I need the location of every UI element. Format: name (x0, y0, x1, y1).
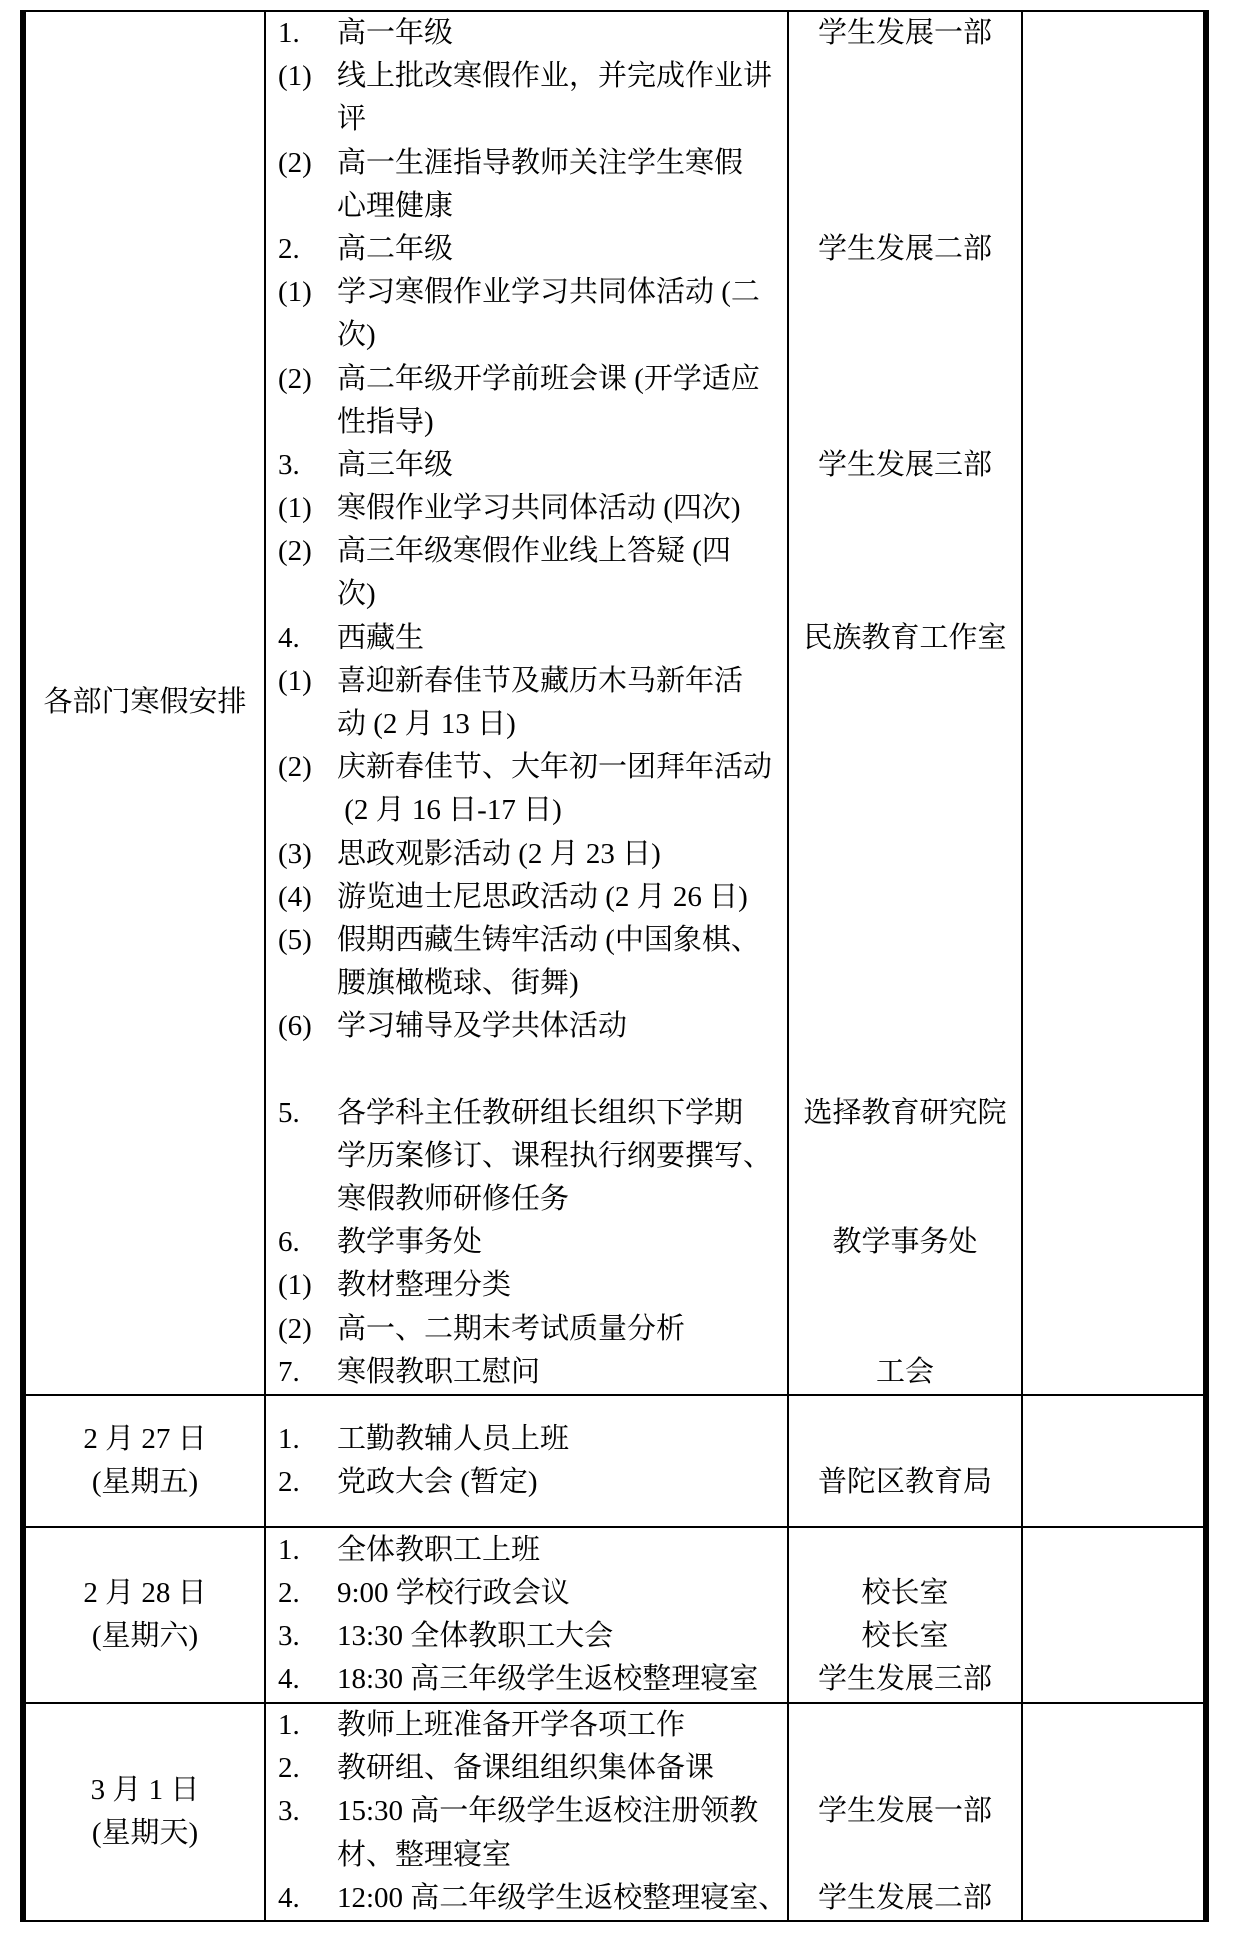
department-line: 选择教育研究院 (803, 1092, 1006, 1135)
department-line (901, 55, 908, 98)
item-text: 高二年级开学前班会课 (开学适应 (337, 358, 760, 401)
item-number: (2) (278, 1308, 337, 1351)
item-text: 材、整理寝室 (337, 1834, 511, 1877)
content-line: 1.高一年级 (278, 12, 787, 55)
item-text: 各学科主任教研组长组织下学期 (337, 1092, 743, 1135)
department-line: 工会 (876, 1351, 934, 1394)
content-line: 心理健康 (278, 185, 787, 228)
department-line (901, 962, 908, 1005)
item-number (278, 1178, 337, 1221)
item-text: 18:30 高三年级学生返校整理寝室 (337, 1658, 758, 1701)
item-text: 高二年级 (337, 228, 453, 271)
department-line (901, 1005, 908, 1048)
item-number: 1. (278, 1418, 337, 1461)
department-line (901, 876, 908, 919)
department-line (901, 1704, 908, 1747)
department-line (901, 185, 908, 228)
date-cell: 2 月 27 日(星期五) (26, 1396, 266, 1526)
content-line: (2)高一、二期末考试质量分析 (278, 1308, 787, 1351)
content-line: 3.15:30 高一年级学生返校注册领教 (278, 1790, 787, 1833)
item-number (278, 573, 337, 616)
item-text: 教师上班准备开学各项工作 (337, 1704, 685, 1747)
remarks-cell (1023, 12, 1203, 1394)
department-line (901, 833, 908, 876)
department-line: 学生发展一部 (818, 12, 992, 55)
item-text: (2 月 16 日-17 日) (337, 789, 562, 832)
date-cell: 各部门寒假安排 (26, 12, 266, 1394)
item-text: 高三年级 (337, 444, 453, 487)
department-line (901, 660, 908, 703)
content-line: (2)高三年级寒假作业线上答疑 (四 (278, 530, 787, 573)
item-text: 西藏生 (337, 617, 424, 660)
content-line: (1)线上批改寒假作业，并完成作业讲 (278, 55, 787, 98)
remarks-cell (1023, 1704, 1203, 1920)
content-line: 4.12:00 高二年级学生返校整理寝室、 (278, 1877, 787, 1920)
department-line (901, 142, 908, 185)
item-number (278, 314, 337, 357)
department-line (901, 1049, 908, 1092)
item-number: (1) (278, 660, 337, 703)
schedule-table: 各部门寒假安排1.高一年级(1)线上批改寒假作业，并完成作业讲评(2)高一生涯指… (20, 10, 1209, 1922)
item-number: 6. (278, 1221, 337, 1264)
department-line (901, 271, 908, 314)
item-text: 高一、二期末考试质量分析 (337, 1308, 685, 1351)
table-row-winter-vacation-arrangements: 各部门寒假安排1.高一年级(1)线上批改寒假作业，并完成作业讲评(2)高一生涯指… (26, 12, 1203, 1396)
item-number: 1. (278, 1704, 337, 1747)
item-number: 2. (278, 228, 337, 271)
content-line: 腰旗橄榄球、街舞) (278, 962, 787, 1005)
item-number: 2. (278, 1572, 337, 1615)
item-number: (2) (278, 142, 337, 185)
item-number: 4. (278, 617, 337, 660)
content-line: 性指导) (278, 401, 787, 444)
content-line: 1.教师上班准备开学各项工作 (278, 1704, 787, 1747)
content-line: 2.党政大会 (暂定) (278, 1461, 787, 1504)
date-cell: 3 月 1 日(星期天) (26, 1704, 266, 1920)
department-line (901, 358, 908, 401)
item-text: 教材整理分类 (337, 1264, 511, 1307)
content-line: 材、整理寝室 (278, 1834, 787, 1877)
item-number: 4. (278, 1877, 337, 1920)
department-line (901, 1418, 908, 1461)
department-line (901, 1178, 908, 1221)
item-text: 党政大会 (暂定) (337, 1461, 538, 1504)
department-line (901, 1135, 908, 1178)
content-line: 7.寒假教职工慰问 (278, 1351, 787, 1394)
department-line: 校长室 (861, 1615, 948, 1658)
date-text: 2 月 27 日 (83, 1418, 206, 1461)
department-line (901, 530, 908, 573)
item-text: 喜迎新春佳节及藏历木马新年活 (337, 660, 743, 703)
item-number (278, 703, 337, 746)
table-row-feb-28-saturday: 2 月 28 日(星期六)1.全体教职工上班2.9:00 学校行政会议3.13:… (26, 1528, 1203, 1704)
department-line: 学生发展三部 (818, 444, 992, 487)
department-line (901, 703, 908, 746)
content-line: 5.各学科主任教研组长组织下学期 (278, 1092, 787, 1135)
content-line: 2.教研组、备课组组织集体备课 (278, 1747, 787, 1790)
item-text: 教研组、备课组组织集体备课 (337, 1747, 714, 1790)
department-line: 校长室 (861, 1572, 948, 1615)
department-line (901, 314, 908, 357)
content-line: 1.全体教职工上班 (278, 1529, 787, 1572)
item-number (278, 962, 337, 1005)
item-text: 全体教职工上班 (337, 1529, 540, 1572)
content-line: (6)学习辅导及学共体活动 (278, 1005, 787, 1048)
item-number: (2) (278, 746, 337, 789)
document-page: 各部门寒假安排1.高一年级(1)线上批改寒假作业，并完成作业讲评(2)高一生涯指… (0, 0, 1245, 1933)
item-text: 9:00 学校行政会议 (337, 1572, 570, 1615)
department-line: 学生发展二部 (818, 228, 992, 271)
item-number: 2. (278, 1461, 337, 1504)
item-number: (2) (278, 530, 337, 573)
date-text: (星期六) (92, 1615, 198, 1658)
content-line: 4.西藏生 (278, 617, 787, 660)
content-line: 次) (278, 314, 787, 357)
content-line: (2 月 16 日-17 日) (278, 789, 787, 832)
department-line (901, 401, 908, 444)
department-line: 学生发展三部 (818, 1658, 992, 1701)
content-cell: 1.工勤教辅人员上班2.党政大会 (暂定) (266, 1396, 789, 1526)
item-text: 学历案修订、课程执行纲要撰写、 (337, 1135, 772, 1178)
department-line (901, 1747, 908, 1790)
item-number: (5) (278, 919, 337, 962)
content-line: 3.13:30 全体教职工大会 (278, 1615, 787, 1658)
department-line (901, 746, 908, 789)
department-line (901, 1264, 908, 1307)
content-line: (1)学习寒假作业学习共同体活动 (二 (278, 271, 787, 314)
item-number (278, 98, 337, 141)
item-text: 教学事务处 (337, 1221, 482, 1264)
item-text: 腰旗橄榄球、街舞) (337, 962, 579, 1005)
content-line: 3.高三年级 (278, 444, 787, 487)
item-number: (1) (278, 1264, 337, 1307)
item-text: 性指导) (337, 401, 434, 444)
item-text: 假期西藏生铸牢活动 (中国象棋、 (337, 919, 760, 962)
department-line: 学生发展二部 (818, 1877, 992, 1920)
item-number: 1. (278, 1529, 337, 1572)
content-line: 动 (2 月 13 日) (278, 703, 787, 746)
item-text: 心理健康 (337, 185, 453, 228)
department-line (901, 919, 908, 962)
content-line: (2)高二年级开学前班会课 (开学适应 (278, 358, 787, 401)
item-number (278, 1834, 337, 1877)
content-line: 评 (278, 98, 787, 141)
item-text: 12:00 高二年级学生返校整理寝室、 (337, 1877, 787, 1920)
content-line: 次) (278, 573, 787, 616)
content-line: (2)高一生涯指导教师关注学生寒假 (278, 142, 787, 185)
item-number: 3. (278, 444, 337, 487)
item-number: (1) (278, 55, 337, 98)
item-number (278, 185, 337, 228)
department-line (901, 789, 908, 832)
department-line: 学生发展一部 (818, 1790, 992, 1833)
item-text: 工勤教辅人员上班 (337, 1418, 569, 1461)
item-number: (1) (278, 271, 337, 314)
item-text: 15:30 高一年级学生返校注册领教 (337, 1790, 758, 1833)
item-text: 高一年级 (337, 12, 453, 55)
content-line: (1)喜迎新春佳节及藏历木马新年活 (278, 660, 787, 703)
date-text: 各部门寒假安排 (43, 681, 246, 724)
item-number: 7. (278, 1351, 337, 1394)
content-line: 寒假教师研修任务 (278, 1178, 787, 1221)
content-line: (1)教材整理分类 (278, 1264, 787, 1307)
content-cell: 1.全体教职工上班2.9:00 学校行政会议3.13:30 全体教职工大会4.1… (266, 1528, 789, 1702)
content-line: 4.18:30 高三年级学生返校整理寝室 (278, 1658, 787, 1701)
table-row-feb-27-friday: 2 月 27 日(星期五)1.工勤教辅人员上班2.党政大会 (暂定) 普陀区教育… (26, 1396, 1203, 1528)
content-cell: 1.高一年级(1)线上批改寒假作业，并完成作业讲评(2)高一生涯指导教师关注学生… (266, 12, 789, 1394)
item-number (278, 1049, 337, 1092)
table-row-mar-1-sunday: 3 月 1 日(星期天)1.教师上班准备开学各项工作2.教研组、备课组组织集体备… (26, 1704, 1203, 1920)
item-number: 2. (278, 1747, 337, 1790)
item-number (278, 789, 337, 832)
department-line (901, 1308, 908, 1351)
item-number: (2) (278, 358, 337, 401)
item-text: 评 (337, 98, 366, 141)
content-line (278, 1049, 787, 1092)
item-number: 4. (278, 1658, 337, 1701)
department-line: 普陀区教育局 (818, 1461, 992, 1504)
content-line: (3)思政观影活动 (2 月 23 日) (278, 833, 787, 876)
item-text: 游览迪士尼思政活动 (2 月 26 日) (337, 876, 748, 919)
department-line (901, 98, 908, 141)
item-text: 动 (2 月 13 日) (337, 703, 516, 746)
content-line: (2)庆新春佳节、大年初一团拜年活动 (278, 746, 787, 789)
content-cell: 1.教师上班准备开学各项工作2.教研组、备课组组织集体备课3.15:30 高一年… (266, 1704, 789, 1920)
item-number: 5. (278, 1092, 337, 1135)
item-text: 线上批改寒假作业，并完成作业讲 (337, 55, 772, 98)
department-cell: 学生发展一部 学生发展二部 (789, 1704, 1023, 1920)
content-line: 1.工勤教辅人员上班 (278, 1418, 787, 1461)
date-text: 2 月 28 日 (83, 1572, 206, 1615)
item-text: 高一生涯指导教师关注学生寒假 (337, 142, 743, 185)
content-line: 6.教学事务处 (278, 1221, 787, 1264)
item-text: 寒假作业学习共同体活动 (四次) (337, 487, 741, 530)
department-cell: 学生发展一部 学生发展二部 学生发展三部 民族教育工作室 选择教育研究院 教学事… (789, 12, 1023, 1394)
item-text: 次) (337, 573, 376, 616)
item-text: 庆新春佳节、大年初一团拜年活动 (337, 746, 772, 789)
date-cell: 2 月 28 日(星期六) (26, 1528, 266, 1702)
department-cell: 校长室校长室学生发展三部 (789, 1528, 1023, 1702)
content-line: (5)假期西藏生铸牢活动 (中国象棋、 (278, 919, 787, 962)
item-text: 高三年级寒假作业线上答疑 (四 (337, 530, 731, 573)
item-number: 3. (278, 1790, 337, 1833)
content-line: (1)寒假作业学习共同体活动 (四次) (278, 487, 787, 530)
department-line (901, 1529, 908, 1572)
remarks-cell (1023, 1396, 1203, 1526)
item-text: 学习辅导及学共体活动 (337, 1005, 627, 1048)
department-line: 教学事务处 (832, 1221, 977, 1264)
department-line: 民族教育工作室 (803, 617, 1006, 660)
department-line (901, 487, 908, 530)
item-text: 13:30 全体教职工大会 (337, 1615, 613, 1658)
date-text: (星期天) (92, 1812, 198, 1855)
item-number: 1. (278, 12, 337, 55)
item-text: 次) (337, 314, 376, 357)
date-text: 3 月 1 日 (91, 1769, 200, 1812)
department-line (901, 1834, 908, 1877)
item-text: 学习寒假作业学习共同体活动 (二 (337, 271, 760, 314)
item-number: (3) (278, 833, 337, 876)
item-number (278, 401, 337, 444)
item-number: (1) (278, 487, 337, 530)
item-number: 3. (278, 1615, 337, 1658)
item-number: (6) (278, 1005, 337, 1048)
date-text: (星期五) (92, 1461, 198, 1504)
content-line: (4)游览迪士尼思政活动 (2 月 26 日) (278, 876, 787, 919)
item-text: 思政观影活动 (2 月 23 日) (337, 833, 661, 876)
remarks-cell (1023, 1528, 1203, 1702)
item-number: (4) (278, 876, 337, 919)
item-text: 寒假教职工慰问 (337, 1351, 540, 1394)
item-text: 寒假教师研修任务 (337, 1178, 569, 1221)
department-cell: 普陀区教育局 (789, 1396, 1023, 1526)
content-line: 2.高二年级 (278, 228, 787, 271)
item-number (278, 1135, 337, 1178)
content-line: 2.9:00 学校行政会议 (278, 1572, 787, 1615)
content-line: 学历案修订、课程执行纲要撰写、 (278, 1135, 787, 1178)
department-line (901, 573, 908, 616)
